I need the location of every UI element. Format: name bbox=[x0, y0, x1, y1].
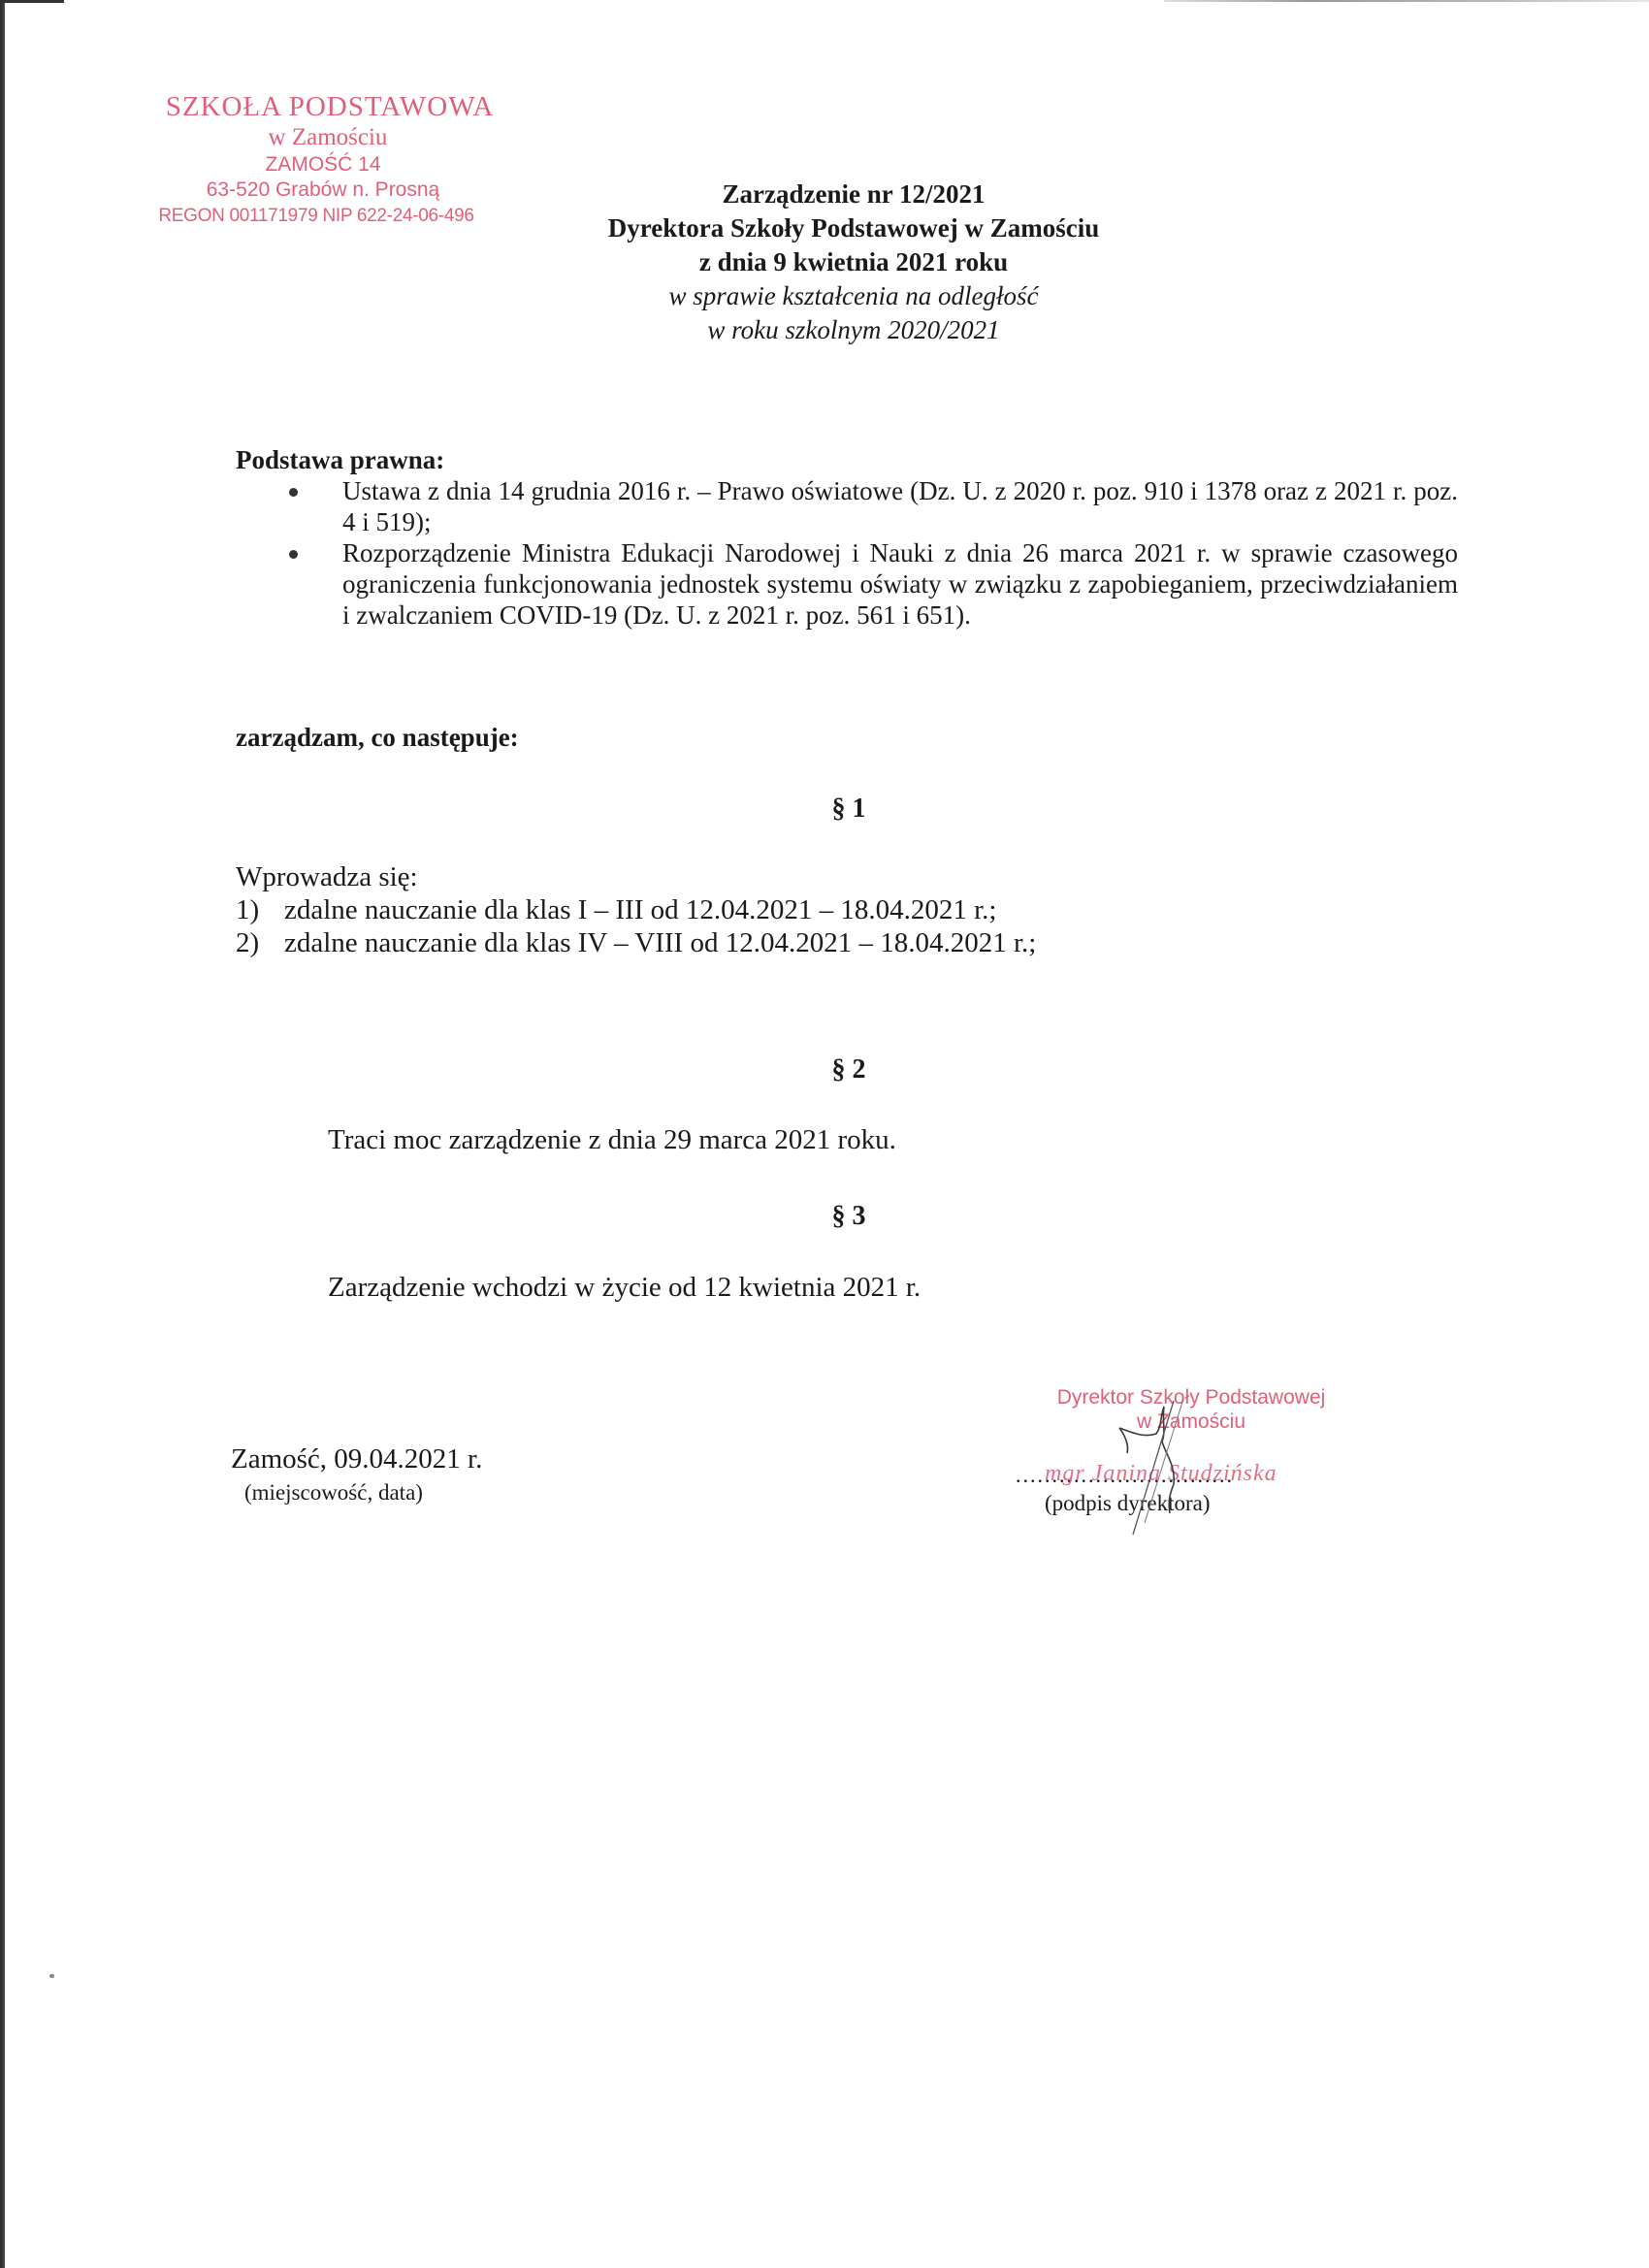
legal-basis-list: Ustawa z dnia 14 grudnia 2016 r. – Prawo… bbox=[236, 475, 1458, 631]
document-subject-line2: w roku szkolnym 2020/2021 bbox=[543, 313, 1164, 347]
stamp-location: w Zamościu bbox=[153, 125, 502, 149]
place-date-caption: (miejscowość, data) bbox=[244, 1480, 423, 1506]
decree-intro: zarządzam, co następuje: bbox=[236, 723, 519, 753]
stamp-regon-nip: REGON 001171979 NIP 622-24-06-496 bbox=[130, 207, 502, 225]
legal-basis-item: Rozporządzenie Ministra Edukacji Narodow… bbox=[236, 537, 1458, 631]
director-stamp-title: Dyrektor Szkoły Podstawowej bbox=[1036, 1385, 1346, 1409]
scan-left-edge bbox=[0, 0, 5, 2268]
item-text: zdalne nauczanie dla klas I – III od 12.… bbox=[284, 894, 996, 925]
section-3-text: Zarządzenie wchodzi w życie od 12 kwietn… bbox=[328, 1272, 921, 1304]
director-stamp-location: w Zamościu bbox=[1036, 1409, 1346, 1434]
legal-basis-item: Ustawa z dnia 14 grudnia 2016 r. – Prawo… bbox=[236, 475, 1458, 537]
section-2-mark: § 2 bbox=[752, 1054, 946, 1085]
director-name-stamp: mgr Janina Studzińska bbox=[1045, 1461, 1277, 1487]
document-issuer: Dyrektora Szkoły Podstawowej w Zamościu bbox=[543, 211, 1164, 245]
director-stamp: Dyrektor Szkoły Podstawowej w Zamościu bbox=[1036, 1385, 1346, 1434]
section-1-intro: Wprowadza się: bbox=[236, 860, 1036, 893]
legal-basis-heading: Podstawa prawna: bbox=[236, 444, 1458, 475]
stamp-postal: 63-520 Grabów n. Prosną bbox=[144, 179, 502, 200]
item-number: 2) bbox=[236, 926, 284, 959]
bullet-icon bbox=[289, 550, 298, 559]
stamp-address: ZAMOŚĆ 14 bbox=[144, 154, 502, 175]
section-2-text: Traci moc zarządzenie z dnia 29 marca 20… bbox=[328, 1124, 896, 1156]
document-date: z dnia 9 kwietnia 2021 roku bbox=[543, 245, 1164, 279]
document-title: Zarządzenie nr 12/2021 bbox=[543, 178, 1164, 211]
scan-top-corner bbox=[0, 0, 64, 3]
section-3-mark: § 3 bbox=[752, 1201, 946, 1232]
document-subject-line1: w sprawie kształcenia na odległość bbox=[543, 279, 1164, 313]
scan-dust-dot bbox=[49, 1974, 54, 1978]
signature-caption: (podpis dyrektora) bbox=[1045, 1491, 1211, 1516]
document-header: Zarządzenie nr 12/2021 Dyrektora Szkoły … bbox=[543, 178, 1164, 347]
legal-basis-item-text: Ustawa z dnia 14 grudnia 2016 r. – Prawo… bbox=[342, 476, 1458, 536]
place-date: Zamość, 09.04.2021 r. bbox=[231, 1443, 482, 1475]
section-1-body: Wprowadza się: 1)zdalne nauczanie dla kl… bbox=[236, 860, 1036, 959]
bullet-icon bbox=[289, 488, 298, 497]
stamp-school-name: SZKOŁA PODSTAWOWA bbox=[157, 93, 502, 121]
scan-top-streak bbox=[1164, 0, 1649, 2]
section-1-item: 1)zdalne nauczanie dla klas I – III od 1… bbox=[236, 893, 1036, 926]
school-stamp: SZKOŁA PODSTAWOWA w Zamościu ZAMOŚĆ 14 6… bbox=[144, 93, 502, 225]
legal-basis-item-text: Rozporządzenie Ministra Edukacji Narodow… bbox=[342, 538, 1458, 630]
item-number: 1) bbox=[236, 893, 284, 926]
section-1-item: 2)zdalne nauczanie dla klas IV – VIII od… bbox=[236, 926, 1036, 959]
item-text: zdalne nauczanie dla klas IV – VIII od 1… bbox=[284, 927, 1036, 958]
director-name-line: .............................. mgr Janin… bbox=[1016, 1463, 1234, 1488]
section-1-mark: § 1 bbox=[752, 794, 946, 825]
legal-basis: Podstawa prawna: Ustawa z dnia 14 grudni… bbox=[236, 444, 1458, 631]
